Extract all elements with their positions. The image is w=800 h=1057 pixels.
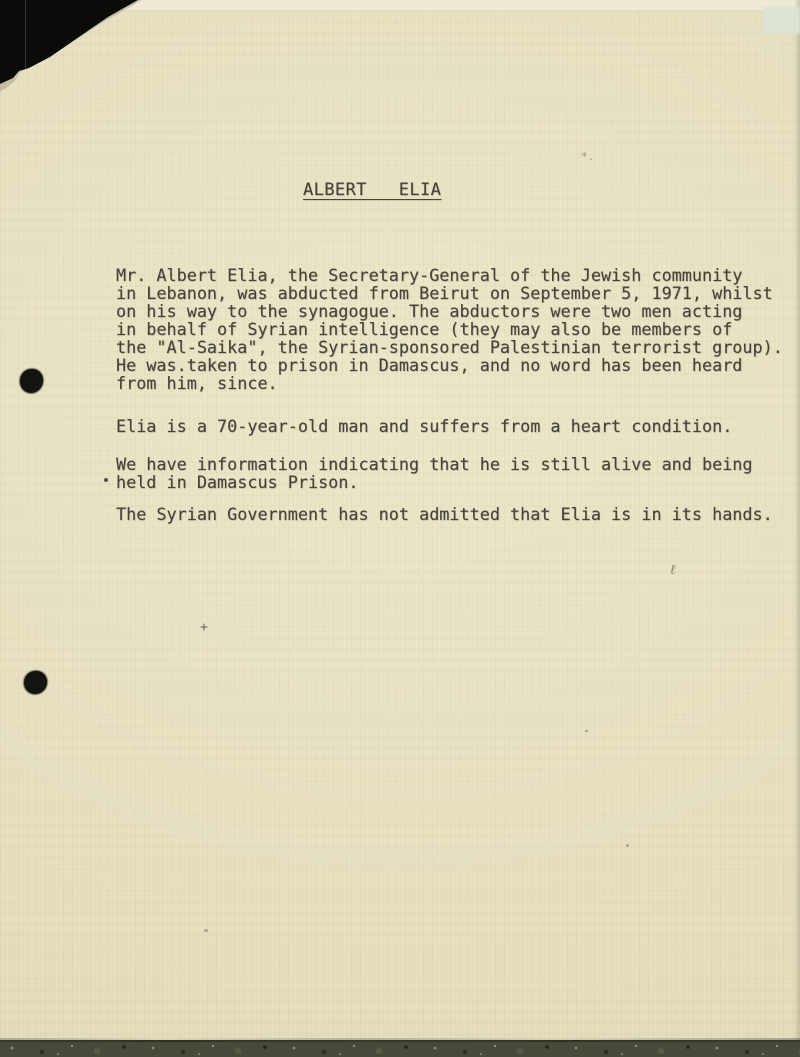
scan-corner-patch [763,7,800,34]
stray-mark-slash: ℓ [668,563,678,579]
scan-scratch-line [25,0,26,70]
document-title: ALBERT ELIA [303,180,441,200]
stray-speck-2 [626,844,629,847]
stray-mark-asterisk: *. [581,150,594,163]
ink-dot-2 [24,671,47,694]
stray-mark-plus: + [200,620,208,635]
ink-dot-1 [20,369,43,393]
paragraph-4: The Syrian Government has not admitted t… [116,505,773,523]
scan-right-edge-shade [794,0,800,1057]
paragraph-2: Elia is a 70-year-old man and suffers fr… [116,417,732,435]
stray-speck-3 [204,929,208,932]
paragraph-1: Mr. Albert Elia, the Secretary-General o… [116,266,783,392]
scan-bottom-edge [0,1040,800,1057]
paragraph-3: We have information indicating that he i… [116,455,753,491]
stray-dot-before-held [104,478,108,482]
scanned-document-page: ALBERT ELIA Mr. Albert Elia, the Secreta… [0,0,800,1057]
stray-speck-1 [585,730,588,732]
corner-fold-shadowgraphic [0,0,160,110]
